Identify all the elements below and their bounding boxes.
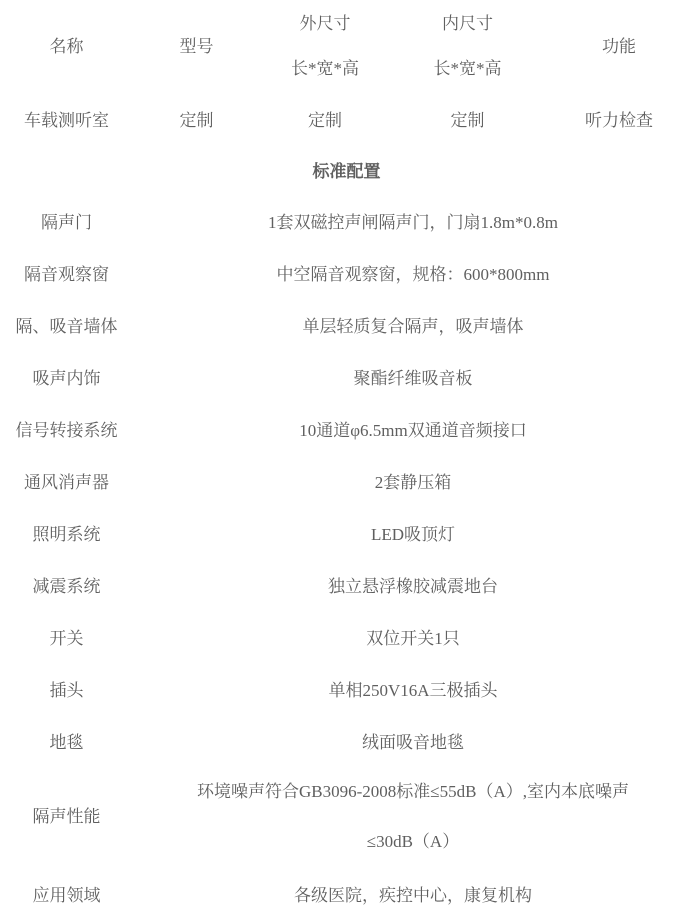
spec-row-ventilation: 通风消声器 2套静压箱 [0, 454, 693, 506]
product-spec-table: 名称 型号 外尺寸 长*宽*高 内尺寸 长*宽*高 功能 车载测听室 定制 定制… [0, 0, 693, 919]
spec-row-application: 应用领域 各级医院，疾控中心，康复机构 [0, 867, 693, 919]
spec-row-observation-window: 隔音观察窗 中空隔音观察窗，规格：600*800mm [0, 246, 693, 298]
spec-value: 10通道φ6.5mm双通道音频接口 [133, 402, 693, 454]
spec-value: 独立悬浮橡胶减震地台 [133, 558, 693, 610]
spec-value: 1套双磁控声闸隔声门，门扇1.8m*0.8m [133, 194, 693, 246]
spec-row-lighting: 照明系统 LED吸顶灯 [0, 506, 693, 558]
spec-value: 单层轻质复合隔声，吸声墙体 [133, 298, 693, 350]
spec-label: 信号转接系统 [0, 402, 133, 454]
spec-row-carpet: 地毯 绒面吸音地毯 [0, 714, 693, 766]
product-function: 听力检查 [545, 92, 693, 144]
spec-value: 各级医院，疾控中心，康复机构 [133, 867, 693, 919]
header-cell-outer-size: 外尺寸 长*宽*高 [260, 0, 390, 92]
spec-label: 地毯 [0, 714, 133, 766]
product-name: 车载测听室 [0, 92, 133, 144]
section-title: 标准配置 [0, 144, 693, 194]
spec-label: 照明系统 [0, 506, 133, 558]
spec-value: 环境噪声符合GB3096-2008标准≤55dB（A）,室内本底噪声 ≤30dB… [133, 766, 693, 867]
spec-value: 聚酯纤维吸音板 [133, 350, 693, 402]
spec-row-wall: 隔、吸音墙体 单层轻质复合隔声，吸声墙体 [0, 298, 693, 350]
spec-row-interior: 吸声内饰 聚酯纤维吸音板 [0, 350, 693, 402]
product-outer-size: 定制 [260, 92, 390, 144]
spec-label: 插头 [0, 662, 133, 714]
spec-label: 应用领域 [0, 867, 133, 919]
section-header-row: 标准配置 [0, 144, 693, 194]
spec-label: 吸声内饰 [0, 350, 133, 402]
spec-row-damping: 减震系统 独立悬浮橡胶减震地台 [0, 558, 693, 610]
spec-value: 单相250V16A三极插头 [133, 662, 693, 714]
spec-label: 开关 [0, 610, 133, 662]
spec-label: 隔声门 [0, 194, 133, 246]
spec-value: 2套静压箱 [133, 454, 693, 506]
spec-row-signal-system: 信号转接系统 10通道φ6.5mm双通道音频接口 [0, 402, 693, 454]
spec-row-plug: 插头 单相250V16A三极插头 [0, 662, 693, 714]
header-cell-model: 型号 [133, 0, 260, 92]
header-cell-function: 功能 [545, 0, 693, 92]
spec-row-sound-insulation: 隔声性能 环境噪声符合GB3096-2008标准≤55dB（A）,室内本底噪声 … [0, 766, 693, 867]
spec-value: 绒面吸音地毯 [133, 714, 693, 766]
product-model: 定制 [133, 92, 260, 144]
spec-label: 减震系统 [0, 558, 133, 610]
product-inner-size: 定制 [390, 92, 545, 144]
spec-value: 双位开关1只 [133, 610, 693, 662]
spec-label: 隔、吸音墙体 [0, 298, 133, 350]
spec-label: 隔音观察窗 [0, 246, 133, 298]
spec-row-soundproof-door: 隔声门 1套双磁控声闸隔声门，门扇1.8m*0.8m [0, 194, 693, 246]
spec-label: 隔声性能 [0, 766, 133, 867]
product-row: 车载测听室 定制 定制 定制 听力检查 [0, 92, 693, 144]
header-cell-inner-size: 内尺寸 长*宽*高 [390, 0, 545, 92]
header-row: 名称 型号 外尺寸 长*宽*高 内尺寸 长*宽*高 功能 [0, 0, 693, 92]
spec-row-switch: 开关 双位开关1只 [0, 610, 693, 662]
header-cell-name: 名称 [0, 0, 133, 92]
spec-value: LED吸顶灯 [133, 506, 693, 558]
spec-value: 中空隔音观察窗，规格：600*800mm [133, 246, 693, 298]
spec-label: 通风消声器 [0, 454, 133, 506]
